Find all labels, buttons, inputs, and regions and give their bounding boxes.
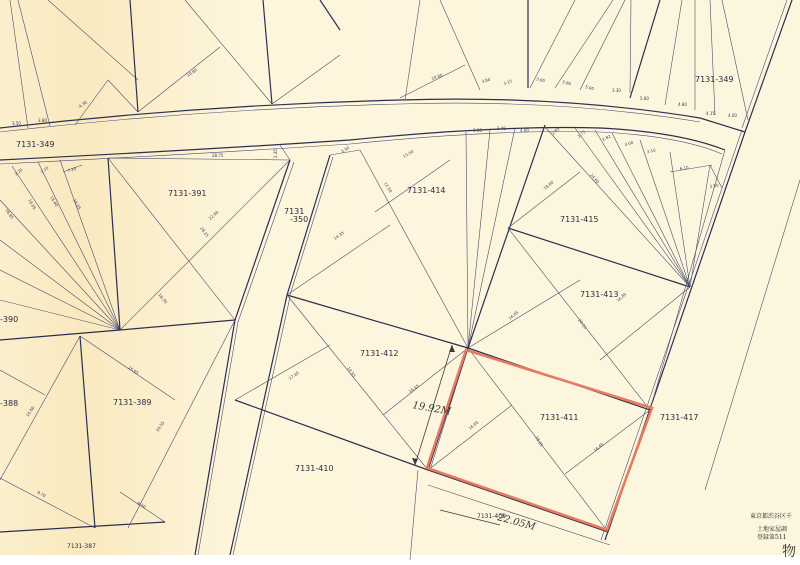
label-7131-350-b: -350 [290, 215, 308, 224]
label-7131-409: 7131-409 [477, 513, 506, 520]
label-7131-389: 7131-389 [113, 398, 152, 407]
label-7131-414: 7131-414 [407, 186, 446, 195]
dim-label: 4.15 [706, 111, 715, 116]
label-7131-391: 7131-391 [168, 189, 207, 198]
stamp-office: 土地家屋調 [757, 525, 787, 533]
label-7131-410: 7131-410 [295, 464, 334, 473]
label-388: -388 [0, 399, 18, 408]
dim-label: 3.50 [12, 121, 21, 126]
dim-label: 2.45 [273, 149, 278, 158]
cadastral-map: 19.92M 22.05M 7131-349 7131-349 7131-391… [0, 0, 800, 565]
label-7131-415: 7131-415 [560, 215, 599, 224]
stamp-seal: 物 [782, 543, 796, 560]
dim-label: 3.30 [612, 88, 621, 93]
label-7131-413: 7131-413 [580, 290, 619, 299]
label-390: -390 [0, 315, 18, 324]
dim-label: 5.80 [640, 96, 649, 101]
paper-background [0, 0, 800, 565]
label-7131-387: 7131-387 [67, 543, 96, 550]
stamp-address: 東京都渋谷区千 [750, 512, 792, 520]
dim-label: 4.00 [728, 113, 737, 118]
label-7131-411[interactable]: 7131-411 [540, 413, 579, 422]
dim-label: 3.80 [38, 118, 47, 123]
label-7131-349-top: 7131-349 [695, 75, 734, 84]
stamp-registration: 登録第511 [757, 533, 786, 541]
dim-label: 4.80 [678, 102, 687, 107]
dim-label: 3.40 [497, 126, 506, 131]
label-7131-412: 7131-412 [360, 349, 399, 358]
dim-label: 4.00 [520, 128, 529, 133]
dim-label: 3.90 [473, 128, 482, 133]
label-7131-417: 7131-417 [660, 413, 699, 422]
map-canvas: 19.92M 22.05M 7131-349 7131-349 7131-391… [0, 0, 800, 565]
label-7131-349-left: 7131-349 [16, 140, 55, 149]
dim-label: 28.75 [212, 153, 224, 158]
